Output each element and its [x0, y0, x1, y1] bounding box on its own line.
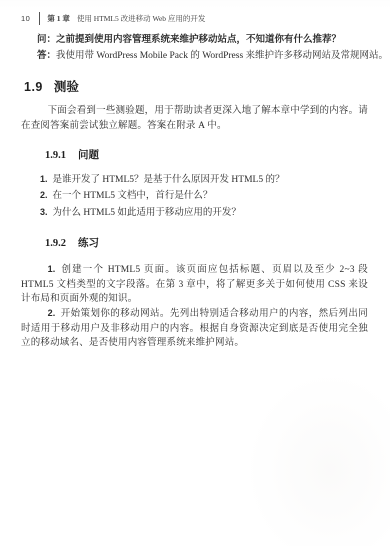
qa-question-line: 问：之前提到使用内容管理系统来维护移动站点，不知道你有什么推荐？: [37, 33, 368, 49]
running-header: 10 第 1 章 使用 HTML5 改进移动 Web 应用的开发: [21, 12, 368, 25]
section-number: 1.9: [24, 80, 43, 94]
book-page: 10 第 1 章 使用 HTML5 改进移动 Web 应用的开发 问：之前提到使…: [0, 0, 390, 546]
subsection-questions-number: 1.9.1: [45, 150, 66, 161]
qa-answer-text: 我使用带 WordPress Mobile Pack 的 WordPress 来…: [56, 51, 388, 61]
exercise-item: 2.开始策划你的移动网站。先列出特别适合移动用户的内容，然后列出同时适用于移动用…: [21, 306, 368, 350]
subsection-exercises-title: 练习: [78, 238, 99, 249]
qa-answer-line: 答：我使用带 WordPress Mobile Pack 的 WordPress…: [37, 49, 368, 65]
header-divider: [39, 12, 40, 25]
section-heading: 1.9测验: [24, 80, 368, 94]
question-item-number: 1.: [40, 174, 48, 184]
exercise-item-text: 创建一个 HTML5 页面。该页面应包括标题、页眉以及至少 2~3 段 HTML…: [21, 265, 368, 304]
exercise-item: 1.创建一个 HTML5 页面。该页面应包括标题、页眉以及至少 2~3 段 HT…: [21, 262, 368, 306]
question-item-text: 是谁开发了 HTML5？是基于什么原因开发 HTML5 的？: [53, 175, 285, 185]
exercise-list: 1.创建一个 HTML5 页面。该页面应包括标题、页眉以及至少 2~3 段 HT…: [21, 262, 368, 350]
qa-question-text: 之前提到使用内容管理系统来维护移动站点，不知道你有什么推荐？: [56, 35, 341, 45]
exercise-item-text: 开始策划你的移动网站。先列出特别适合移动用户的内容，然后列出同时适用于移动用户及…: [21, 309, 368, 348]
question-item-text: 为什么 HTML5 如此适用于移动应用的开发？: [53, 208, 241, 218]
page-number: 10: [21, 13, 30, 25]
chapter-label: 第 1 章: [47, 13, 70, 25]
exercise-item-number: 1.: [48, 264, 56, 274]
question-item: 3.为什么 HTML5 如此适用于移动应用的开发？: [40, 205, 368, 221]
question-item-text: 在一个 HTML5 文档中，首行是什么？: [53, 191, 213, 201]
qa-block: 问：之前提到使用内容管理系统来维护移动站点，不知道你有什么推荐？ 答：我使用带 …: [37, 33, 368, 64]
question-item: 2.在一个 HTML5 文档中，首行是什么？: [40, 188, 368, 204]
subsection-exercises-number: 1.9.2: [45, 238, 66, 249]
exercise-item-number: 2.: [48, 308, 56, 318]
subsection-exercises-heading: 1.9.2练习: [45, 237, 368, 250]
question-item-number: 3.: [40, 207, 48, 217]
question-list: 1.是谁开发了 HTML5？是基于什么原因开发 HTML5 的？ 2.在一个 H…: [40, 172, 368, 221]
chapter-title: 使用 HTML5 改进移动 Web 应用的开发: [77, 13, 206, 25]
subsection-questions-heading: 1.9.1问题: [45, 149, 368, 162]
qa-answer-label: 答：: [37, 51, 56, 61]
question-item: 1.是谁开发了 HTML5？是基于什么原因开发 HTML5 的？: [40, 172, 368, 188]
qa-question-label: 问：: [37, 35, 56, 45]
subsection-questions-title: 问题: [78, 150, 99, 161]
section-intro-paragraph: 下面会看到一些测验题，用于帮助读者更深入地了解本章中学到的内容。请在查阅答案前尝…: [21, 104, 368, 133]
question-item-number: 2.: [40, 190, 48, 200]
section-title: 测验: [54, 80, 79, 94]
